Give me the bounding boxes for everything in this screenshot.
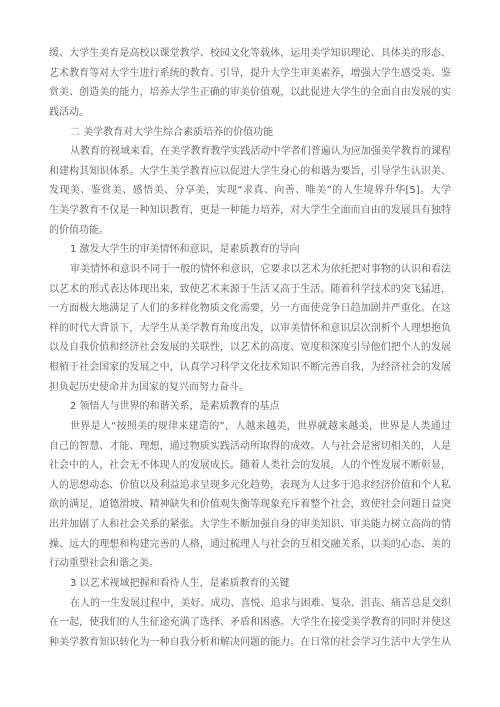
text-line: 的价值功能。 [49,221,451,241]
text-line: 人的思想动态、价值以及利益追求呈现多元化趋势，表现为人过多于追求经济价值和个人私 [49,476,451,496]
text-line: 从教育的视域来看，在美学教育教学实践活动中学者们普遍认为应加强美学教育的课程 [49,142,451,162]
document-page: 缓、大学生美育是高校以课堂教学、校园文化等载体，运用美学知识理论、具体美的形态、… [0,0,500,707]
text-line: 缓、大学生美育是高校以课堂教学、校园文化等载体，运用美学知识理论、具体美的形态、 [49,44,451,64]
text-line: 赏美、创造美的能力，培养大学生正确的审美价值观，以此促进大学生的全面自由发展的实 [49,83,451,103]
text-line: 发现美、鉴赏美、感悟美、分享美，实现“求真、向善、唯美”的人生境界升华[5]。大… [49,181,451,201]
text-line: 社会中的人，社会无不体现人的发展成长。随着人类社会的发展，人的个性发展不断彰显， [49,456,451,476]
text-line: 世界是人“按照美的规律来建造的”，人越来越美，世界就越来越美，世界是人类通过 [49,417,451,437]
subsection-heading-1: 1 激发大学生的审美情怀和意识，是素质教育的导向 [49,240,451,260]
text-line: 和建构其知识体系。大学生美学教育应以促进大学生身心的和谐为要旨，引导学生认识美、 [49,162,451,182]
text-line: 自己的智慧、才能、理想，通过物质实践活动所取得的成效。人与社会是密切相关的，人是 [49,437,451,457]
text-line: 操、远大的理想和构建完善的人格，通过梳理人与社会的互相交融关系，以美的心态、美的 [49,535,451,555]
text-line: 以艺术的形式表达体现出来，致使艺术来源于生活又高于生活。随着科学技术的突飞猛进， [49,280,451,300]
text-line: 艺术教育等对大学生进行系统的教育、引导，提升大学生审美素养，增强大学生感受美、鉴 [49,64,451,84]
text-line: 以及自我价值和经济社会发展的关联性，以艺术的高度、宽度和深度引导他们把个人的发展 [49,338,451,358]
text-line: 审美情怀和意识不同于一般的情怀和意识，它要求以艺术为依托把对事物的认识和看法 [49,260,451,280]
text-line: 在一起，使我们的人生征途充满了选择、矛盾和困惑。大学生在接受美学教育的同时并使这 [49,613,451,633]
paragraph-continuation: 缓、大学生美育是高校以课堂教学、校园文化等载体，运用美学知识理论、具体美的形态、… [49,44,451,123]
text-line: 担负起历史使命并为国家的复兴而努力奋斗。 [49,378,451,398]
text-line: 种美学教育知识转化为一种自我分析和解决问题的能力。在日常的社会学习生活中大学生从 [49,633,451,653]
text-line: 在人的一生发展过程中，美好、成功、喜悦、追求与困难、复杂、沮丧、痛苦总是交织 [49,594,451,614]
paragraph-art-perspective: 在人的一生发展过程中，美好、成功、喜悦、追求与困难、复杂、沮丧、痛苦总是交织 在… [49,594,451,653]
paragraph-harmony: 世界是人“按照美的规律来建造的”，人越来越美，世界就越来越美，世界是人类通过 自… [49,417,451,574]
section-heading: 二 美学教育对大学生综合素质培养的价值功能 [49,123,451,143]
text-line: 生美学教育不仅是一种知识教育，更是一种能力培养，对大学生全面而自由的发展具有独特 [49,201,451,221]
paragraph-value-function: 从教育的视域来看，在美学教育教学实践活动中学者们普遍认为应加强美学教育的课程 和… [49,142,451,240]
subsection-heading-2: 2 领悟人与世界的和谐关系，是素质教育的基点 [49,397,451,417]
body-text: 缓、大学生美育是高校以课堂教学、校园文化等载体，运用美学知识理论、具体美的形态、… [49,44,451,652]
text-line: 样的时代大背景下，大学生从美学教育角度出发，以审美情怀和意识层次剖析个人理想抱负 [49,319,451,339]
text-line: 一方面极大地满足了人们的多样化物质文化需要，另一方面使竞争日趋加剧并严重化。在这 [49,299,451,319]
text-line: 根植于社会国家的发展之中，认真学习科学文化技术知识不断完善自我，为经济社会的发展 [49,358,451,378]
text-line: 欲的满足，道德滑坡、精神缺失和价值观失衡等现象充斥着整个社会，致使社会问题日益突 [49,495,451,515]
text-line: 行动重塑社会和谐之美。 [49,554,451,574]
paragraph-aesthetic-sentiment: 审美情怀和意识不同于一般的情怀和意识，它要求以艺术为依托把对事物的认识和看法 以… [49,260,451,397]
text-line: 出并加剧了人和社会关系的紧张。大学生不断加强自身的审美知识、审美能力树立高尚的情 [49,515,451,535]
text-line: 践活动。 [49,103,451,123]
subsection-heading-3: 3 以艺术视域把握和看待人生，是素质教育的关键 [49,574,451,594]
